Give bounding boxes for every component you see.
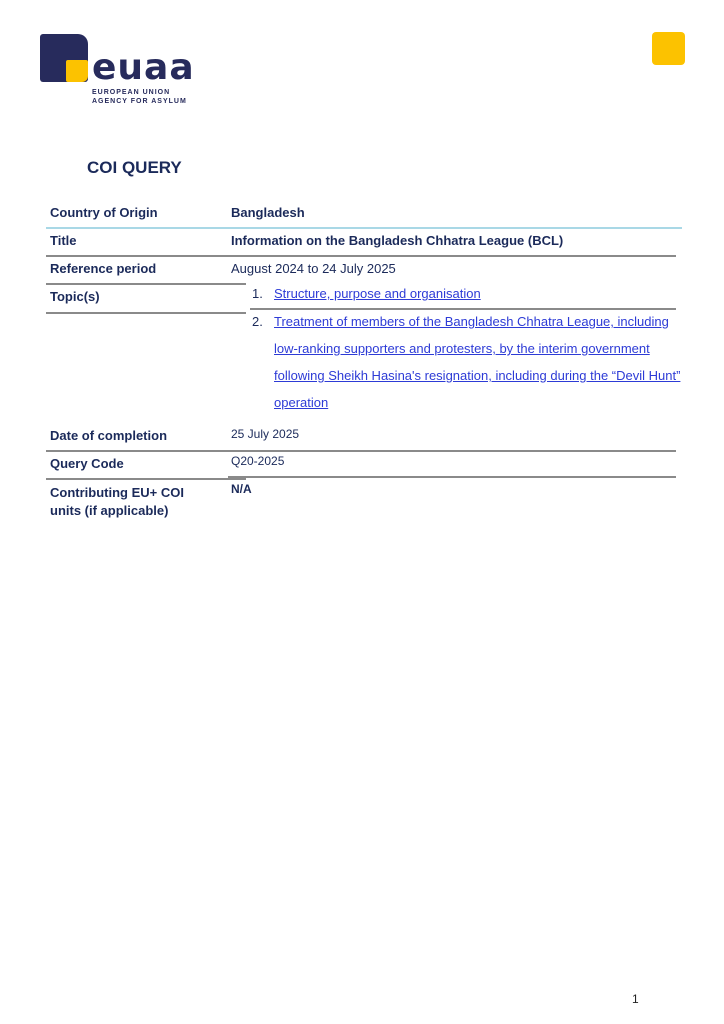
divider <box>46 450 246 452</box>
topic-link-treatment[interactable]: Treatment of members of the Bangladesh C… <box>274 308 684 416</box>
divider <box>46 283 246 285</box>
period-label: Reference period <box>50 261 156 276</box>
page-number: 1 <box>632 992 639 1006</box>
divider <box>46 312 246 314</box>
code-value: Q20-2025 <box>231 454 284 468</box>
logo-yellow-square <box>66 60 88 82</box>
units-value: N/A <box>231 482 252 496</box>
page-title: COI QUERY <box>87 158 182 178</box>
topic-link-structure[interactable]: Structure, purpose and organisation <box>274 280 684 307</box>
euaa-logo: euaa EUROPEAN UNION AGENCY FOR ASYLUM <box>40 34 190 106</box>
header-divider <box>46 227 682 229</box>
date-value: 25 July 2025 <box>231 427 299 441</box>
country-value: Bangladesh <box>231 205 305 220</box>
date-label: Date of completion <box>50 428 167 443</box>
period-value: August 2024 to 24 July 2025 <box>231 261 396 276</box>
logo-wordmark: euaa <box>92 50 195 86</box>
divider <box>46 255 246 257</box>
logo-subtitle-2: AGENCY FOR ASYLUM <box>92 98 187 105</box>
country-label: Country of Origin <box>50 205 158 220</box>
divider <box>228 450 676 452</box>
title-label: Title <box>50 233 77 248</box>
code-label: Query Code <box>50 456 124 471</box>
divider <box>228 476 676 478</box>
topic-number: 2. <box>252 308 263 335</box>
logo-subtitle-1: EUROPEAN UNION <box>92 89 170 96</box>
corner-square-icon <box>652 32 685 65</box>
title-value: Information on the Bangladesh Chhatra Le… <box>231 233 563 248</box>
topic-number: 1. <box>252 280 263 307</box>
topics-label: Topic(s) <box>50 289 100 304</box>
divider <box>46 478 246 480</box>
divider <box>228 255 676 257</box>
units-label: Contributing EU+ COI units (if applicabl… <box>50 484 210 520</box>
